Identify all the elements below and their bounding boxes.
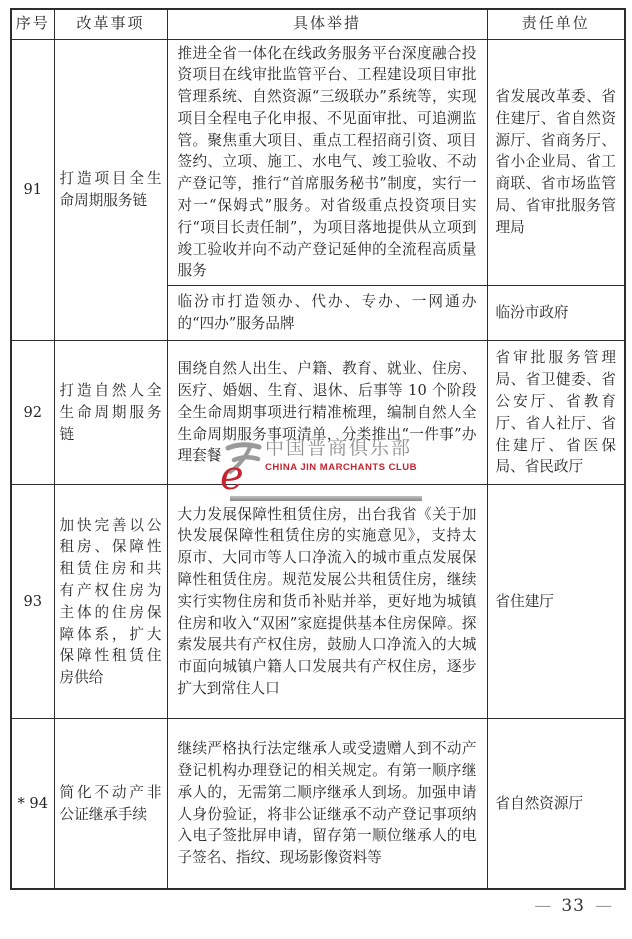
table-header-row: 序号 改革事项 具体举措 责任单位	[11, 9, 625, 39]
page-number-dash-right: —	[595, 896, 612, 916]
table-row: * 94 简化不动产非公证继承手续 继续严格执行法定继承人或受遗赠人到不动产登记…	[11, 719, 625, 889]
cell-serial-91: 91	[11, 39, 54, 341]
page-number-value: 33	[561, 896, 585, 916]
cell-measure-93: 大力发展保障性租赁住房，出台我省《关于加快发展保障性租赁住房的实施意见》，支持太…	[167, 485, 487, 719]
cell-serial-94: * 94	[11, 719, 54, 889]
cell-measure-92: 围绕自然人出生、户籍、教育、就业、住房、医疗、婚姻、生育、退休、后事等 10 个…	[167, 341, 487, 485]
cell-unit-93: 省住建厅	[487, 485, 625, 719]
cell-serial-93: 93	[11, 485, 54, 719]
cell-item-91: 打造项目全生命周期服务链	[54, 39, 167, 341]
cell-serial-92: 92	[11, 341, 54, 485]
cell-unit-92: 省审批服务管理局、省卫健委、省公安厅、省教育厅、省人社厅、省住建厅、省医保局、省…	[487, 341, 625, 485]
header-reform-item: 改革事项	[54, 9, 167, 39]
cell-unit-91b: 临汾市政府	[487, 286, 625, 341]
cell-measure-91b: 临汾市打造领办、代办、专办、一网通办的“四办”服务品牌	[167, 286, 487, 341]
cell-item-92: 打造自然人全生命周期服务链	[54, 341, 167, 485]
table-row: 93 加快完善以公租房、保障性租赁住房和共有产权住房为主体的住房保障体系，扩大保…	[11, 485, 625, 719]
header-specific-measures: 具体举措	[167, 9, 487, 39]
cell-item-93: 加快完善以公租房、保障性租赁住房和共有产权住房为主体的住房保障体系，扩大保障性租…	[54, 485, 167, 719]
cell-item-94: 简化不动产非公证继承手续	[54, 719, 167, 889]
page-number: — 33 —	[534, 896, 612, 916]
cell-measure-91a: 推进全省一体化在线政务服务平台深度融合投资项目在线审批监管平台、工程建设项目审批…	[167, 39, 487, 286]
cell-measure-94: 继续严格执行法定继承人或受遗赠人到不动产登记机构办理登记的相关规定。有第一顺序继…	[167, 719, 487, 889]
cell-unit-91a: 省发展改革委、省住建厅、省自然资源厅、省商务厅、省小企业局、省工商联、省市场监管…	[487, 39, 625, 286]
header-responsible-unit: 责任单位	[487, 9, 625, 39]
reform-items-table: 序号 改革事项 具体举措 责任单位 91 打造项目全生命周期服务链 推进全省一体…	[10, 8, 626, 890]
page-number-dash-left: —	[534, 896, 551, 916]
table-row: 91 打造项目全生命周期服务链 推进全省一体化在线政务服务平台深度融合投资项目在…	[11, 39, 625, 286]
cell-unit-94: 省自然资源厅	[487, 719, 625, 889]
header-serial-number: 序号	[11, 9, 54, 39]
table-row: 92 打造自然人全生命周期服务链 围绕自然人出生、户籍、教育、就业、住房、医疗、…	[11, 341, 625, 485]
